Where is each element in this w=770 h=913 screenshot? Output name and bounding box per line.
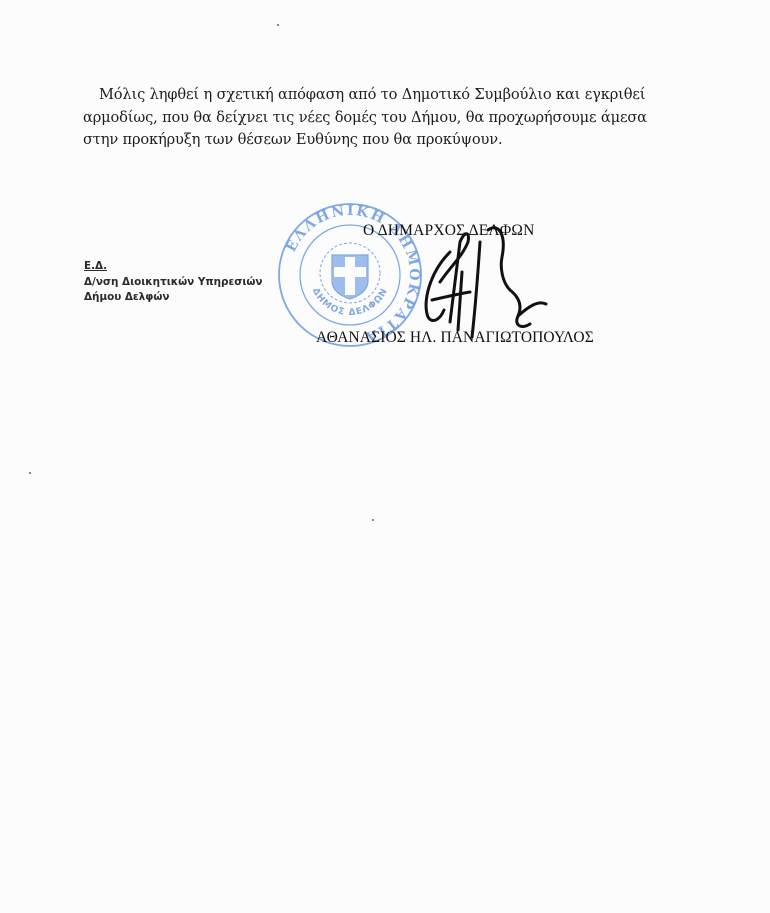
scan-speck xyxy=(277,24,279,26)
sender-department: Δ/νση Διοικητικών Υπηρεσιών xyxy=(84,275,262,291)
scan-speck xyxy=(372,519,374,521)
body-paragraph: Μόλις ληφθεί η σχετική απόφαση από το Δη… xyxy=(83,84,663,152)
paragraph-line: αρμοδίως, που θα δείχνει τις νέες δομές … xyxy=(83,107,663,130)
paragraph-line: στην προκήρυξη των θέσεων Ευθύνης που θα… xyxy=(83,129,663,152)
paragraph-line: Μόλις ληφθεί η σχετική απόφαση από το Δη… xyxy=(83,84,663,107)
signatory-name: ΑΘΑΝΑΣΙΟΣ ΗΛ. ΠΑΝΑΓΙΩΤΟΠΟΥΛΟΣ xyxy=(316,329,594,347)
sender-label: Ε.Δ. xyxy=(84,259,262,275)
sender-municipality: Δήμου Δελφών xyxy=(84,290,262,306)
sender-block: Ε.Δ. Δ/νση Διοικητικών Υπηρεσιών Δήμου Δ… xyxy=(84,259,262,306)
document-page: Μόλις ληφθεί η σχετική απόφαση από το Δη… xyxy=(0,0,770,913)
scan-speck xyxy=(29,472,31,474)
